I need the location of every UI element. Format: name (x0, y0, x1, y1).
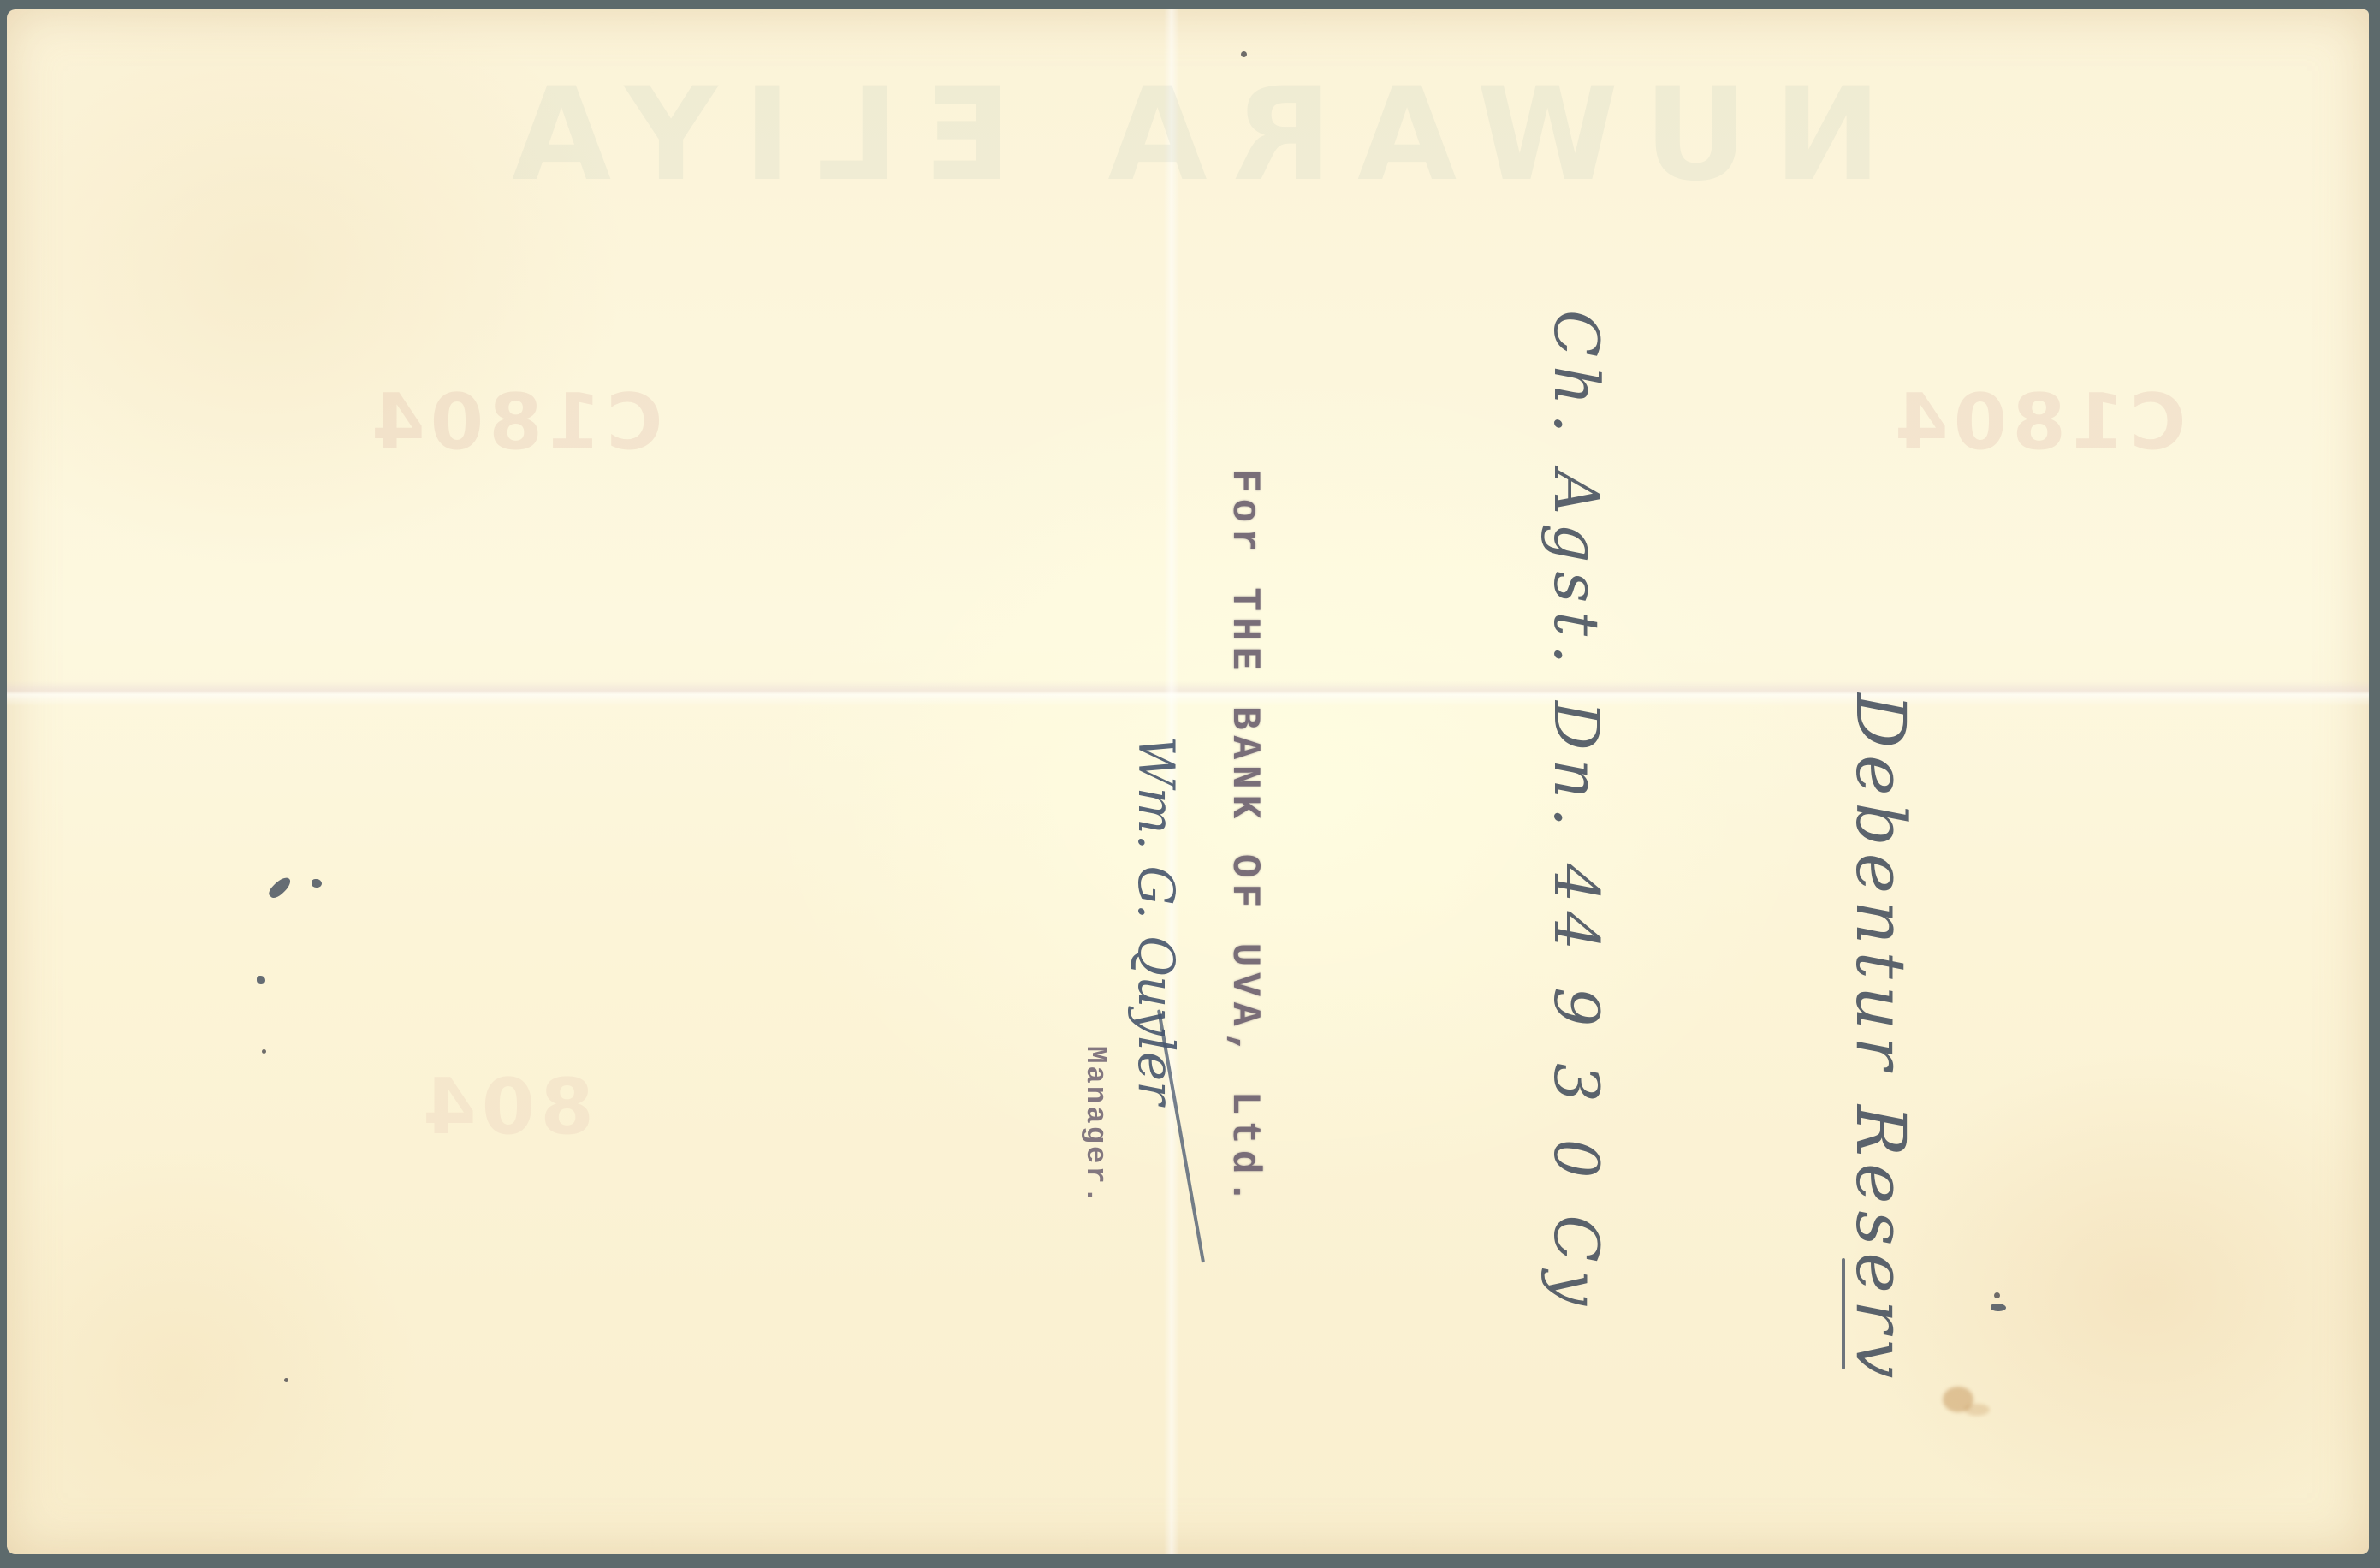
show-through-serial-right: C1804 (1890, 377, 2187, 467)
ink-dot (1994, 1292, 2000, 1298)
handwritten-payee: Debentur Reserv (1841, 693, 1920, 1385)
paper-tear-mark (257, 976, 265, 984)
ink-blot (1991, 1304, 2006, 1311)
manager-signature: Wm. G. Quyler (1127, 736, 1185, 1105)
show-through-title: NUWARA ELIYA (486, 61, 1881, 210)
handwritten-underline (1842, 1258, 1845, 1369)
show-through-serial-left: C1804 (366, 377, 663, 467)
ink-dot (262, 1049, 266, 1054)
handwritten-reference: Ch. Agst. Dn. 44 9 3 0 Cy (1540, 310, 1612, 1314)
horizontal-fold-line (7, 680, 2369, 706)
manager-stamp: Manager. (1078, 1046, 1111, 1206)
ink-dot (1241, 51, 1247, 57)
ink-dot (284, 1378, 288, 1382)
paper-tear-mark (312, 879, 322, 888)
bank-stamp: For THE BANK OF UVA, Ltd. (1222, 469, 1267, 1209)
banknote-paper: NUWARA ELIYA C1804 C1804 804 (7, 9, 2369, 1554)
show-through-serial-bottom: 804 (418, 1062, 594, 1152)
paper-stain (1964, 1404, 1990, 1416)
